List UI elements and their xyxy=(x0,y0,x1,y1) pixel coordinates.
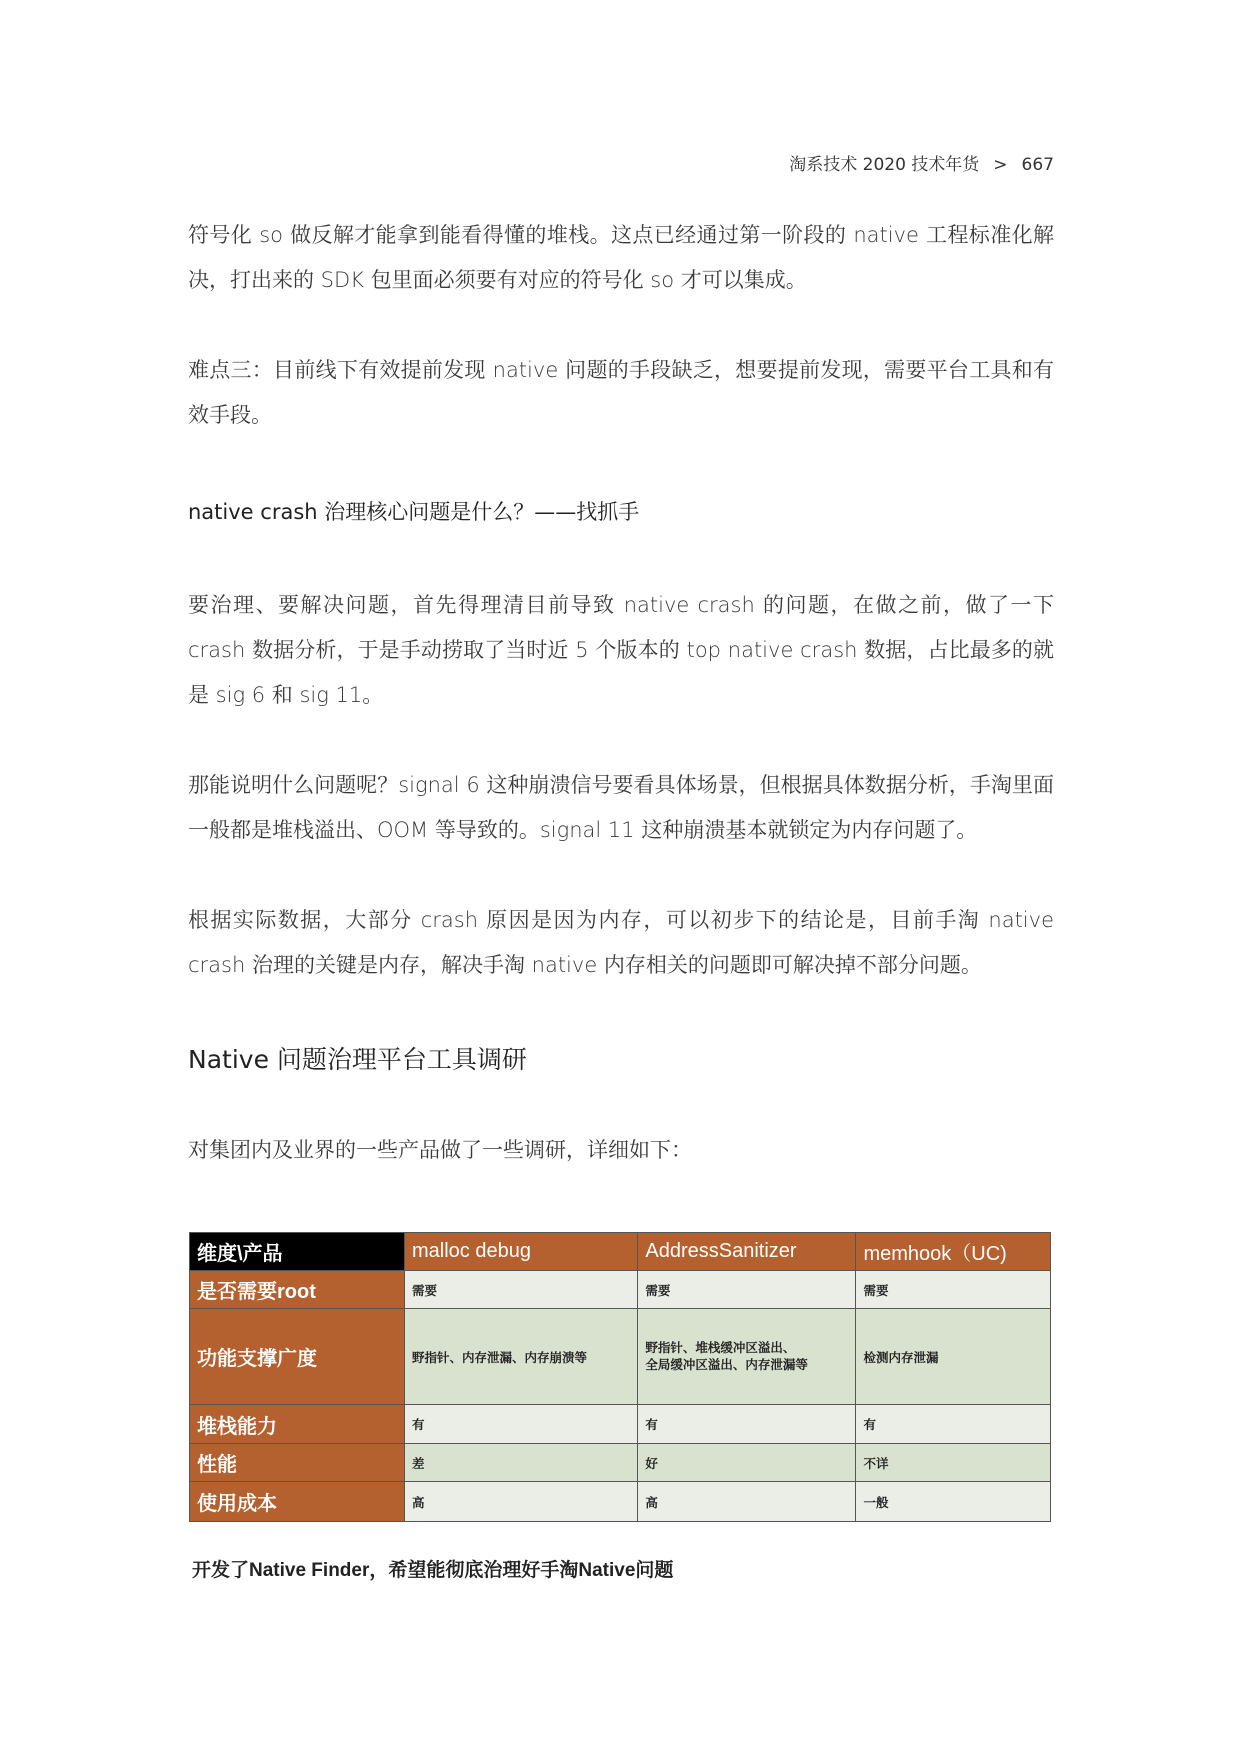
table-cell: 不详 xyxy=(856,1444,1051,1482)
row-label: 是否需要root xyxy=(190,1271,405,1309)
table-cell: 高 xyxy=(405,1482,638,1522)
paragraph: 难点三：目前线下有效提前发现 native 问题的手段缺乏，想要提前发现，需要平… xyxy=(188,348,1054,438)
table-row: 是否需要root 需要 需要 需要 xyxy=(190,1271,1051,1309)
comparison-table: 维度\产品 malloc debug AddressSanitizer memh… xyxy=(189,1232,1051,1522)
table-header-row: 维度\产品 malloc debug AddressSanitizer memh… xyxy=(190,1233,1051,1271)
row-label: 性能 xyxy=(190,1444,405,1482)
row-label: 使用成本 xyxy=(190,1482,405,1522)
table-cell: 需要 xyxy=(638,1271,856,1309)
paragraph: 符号化 so 做反解才能拿到能看得懂的堆栈。这点已经通过第一阶段的 native… xyxy=(188,213,1054,303)
table-cell: 有 xyxy=(638,1405,856,1444)
table-row: 性能 差 好 不详 xyxy=(190,1444,1051,1482)
table-cell: 有 xyxy=(856,1405,1051,1444)
table-header-cell: memhook（UC) xyxy=(856,1233,1051,1271)
table-cell: 野指针、内存泄漏、内存崩溃等 xyxy=(405,1309,638,1405)
intro-text: 对集团内及业界的一些产品做了一些调研，详细如下： xyxy=(188,1128,1054,1173)
table-cell: 需要 xyxy=(405,1271,638,1309)
page-number: 667 xyxy=(1022,155,1054,175)
book-title: 淘系技术 2020 技术年货 xyxy=(789,155,979,175)
paragraph: 根据实际数据，大部分 crash 原因是因为内存，可以初步下的结论是，目前手淘 … xyxy=(188,898,1054,988)
row-label: 功能支撑广度 xyxy=(190,1309,405,1405)
table-row: 堆栈能力 有 有 有 xyxy=(190,1405,1051,1444)
table-header-cell: 维度\产品 xyxy=(190,1233,405,1271)
table-cell: 有 xyxy=(405,1405,638,1444)
table-row: 功能支撑广度 野指针、内存泄漏、内存崩溃等 野指针、堆栈缓冲区溢出、 全局缓冲区… xyxy=(190,1309,1051,1405)
table-cell: 高 xyxy=(638,1482,856,1522)
table-cell: 野指针、堆栈缓冲区溢出、 全局缓冲区溢出、内存泄漏等 xyxy=(638,1309,856,1405)
running-header: 淘系技术 2020 技术年货>667 xyxy=(789,150,1054,175)
table-cell: 一般 xyxy=(856,1482,1051,1522)
table-cell: 好 xyxy=(638,1444,856,1482)
header-separator: > xyxy=(993,155,1007,175)
table-cell: 检测内存泄漏 xyxy=(856,1309,1051,1405)
table-cell: 差 xyxy=(405,1444,638,1482)
table-header-cell: AddressSanitizer xyxy=(638,1233,856,1271)
paragraph: 那能说明什么问题呢？signal 6 这种崩溃信号要看具体场景，但根据具体数据分… xyxy=(188,763,1054,853)
table-row: 使用成本 高 高 一般 xyxy=(190,1482,1051,1522)
table-header-cell: malloc debug xyxy=(405,1233,638,1271)
subheading: native crash 治理核心问题是什么？——找抓手 xyxy=(188,496,639,526)
table-cell: 需要 xyxy=(856,1271,1051,1309)
section-heading: Native 问题治理平台工具调研 xyxy=(188,1040,527,1076)
figure-caption: 开发了Native Finder，希望能彻底治理好手淘Native问题 xyxy=(192,1555,673,1582)
paragraph: 要治理、要解决问题，首先得理清目前导致 native crash 的问题，在做之… xyxy=(188,583,1054,718)
row-label: 堆栈能力 xyxy=(190,1405,405,1444)
